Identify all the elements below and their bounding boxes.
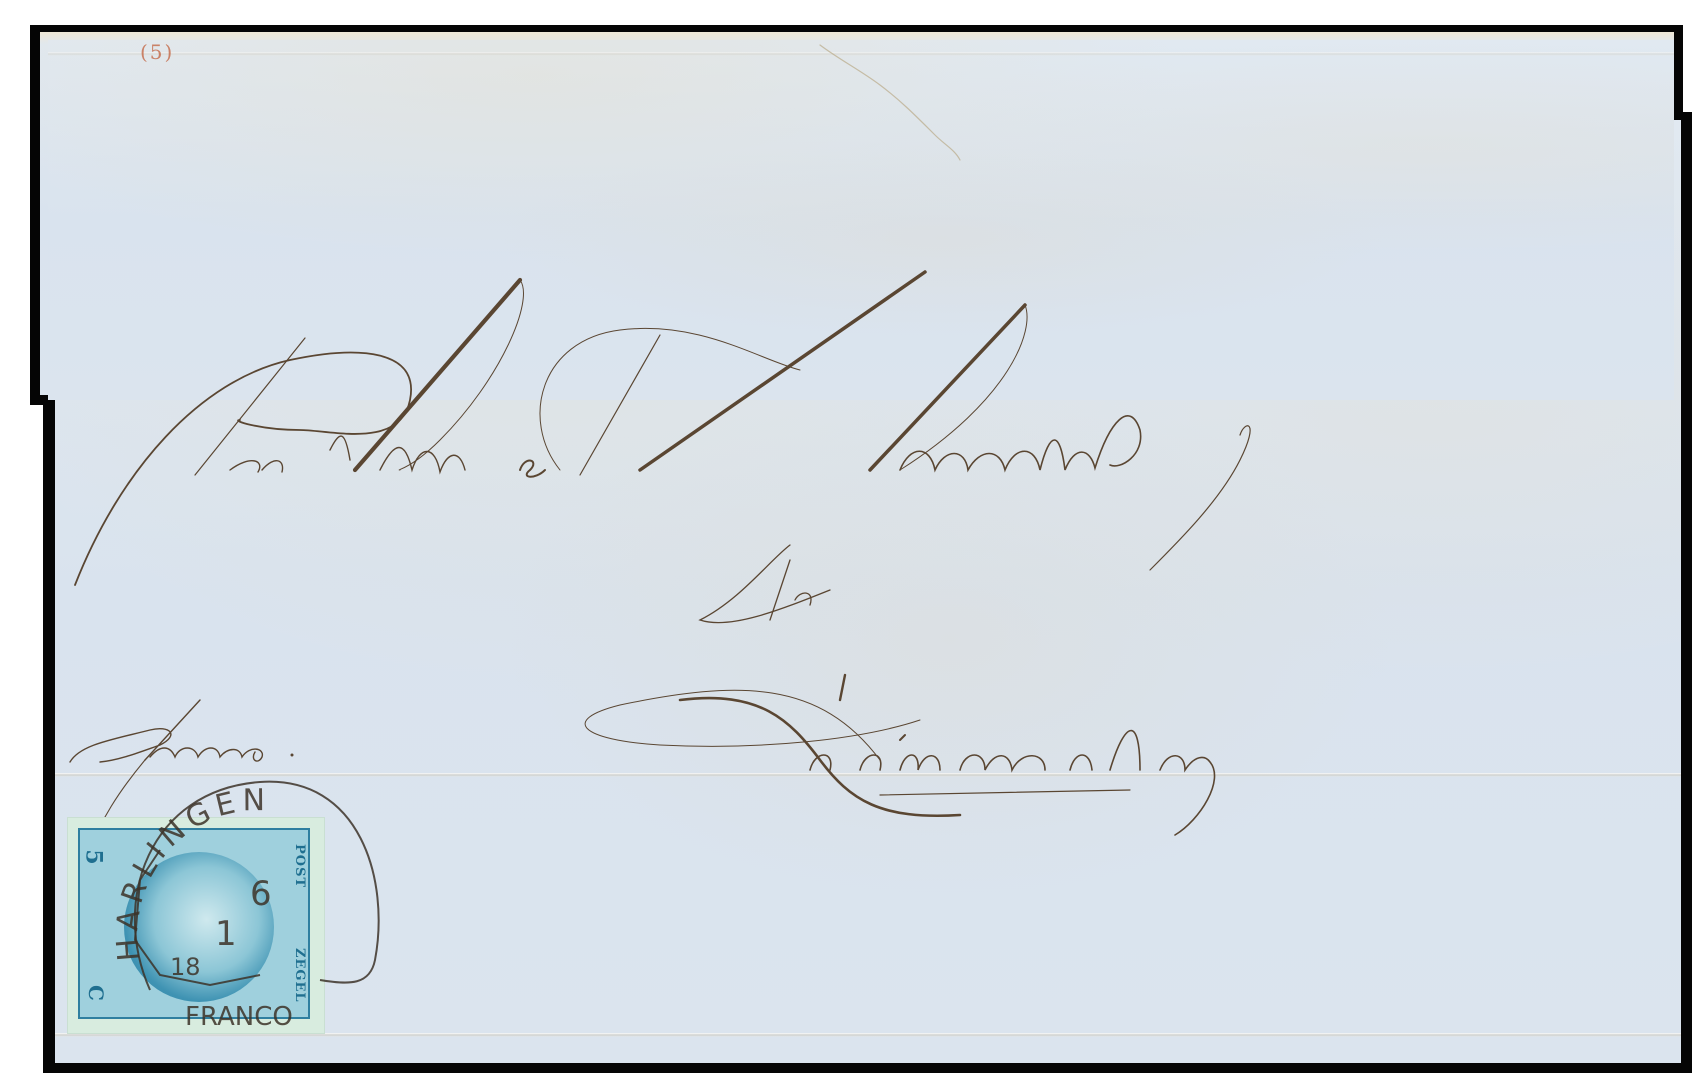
address-line-1: Den Heere (230, 440, 235, 441)
postmark-month: 1 (215, 914, 237, 954)
address-line-2: A. Allenaldof (640, 440, 646, 441)
postmark-harlingen: HARLINGEN 6 1 18 FRANCO (0, 0, 1703, 1080)
address-line-3: te (760, 600, 761, 601)
postmark-franco: FRANCO (185, 1002, 293, 1032)
postmark-town: HARLINGEN (110, 783, 271, 962)
postmark-year: 18 (170, 953, 201, 981)
address-line-4: Leeuwarden (820, 760, 826, 761)
endorsement-franco: franco (140, 745, 143, 746)
postmark-day: 6 (250, 874, 272, 914)
